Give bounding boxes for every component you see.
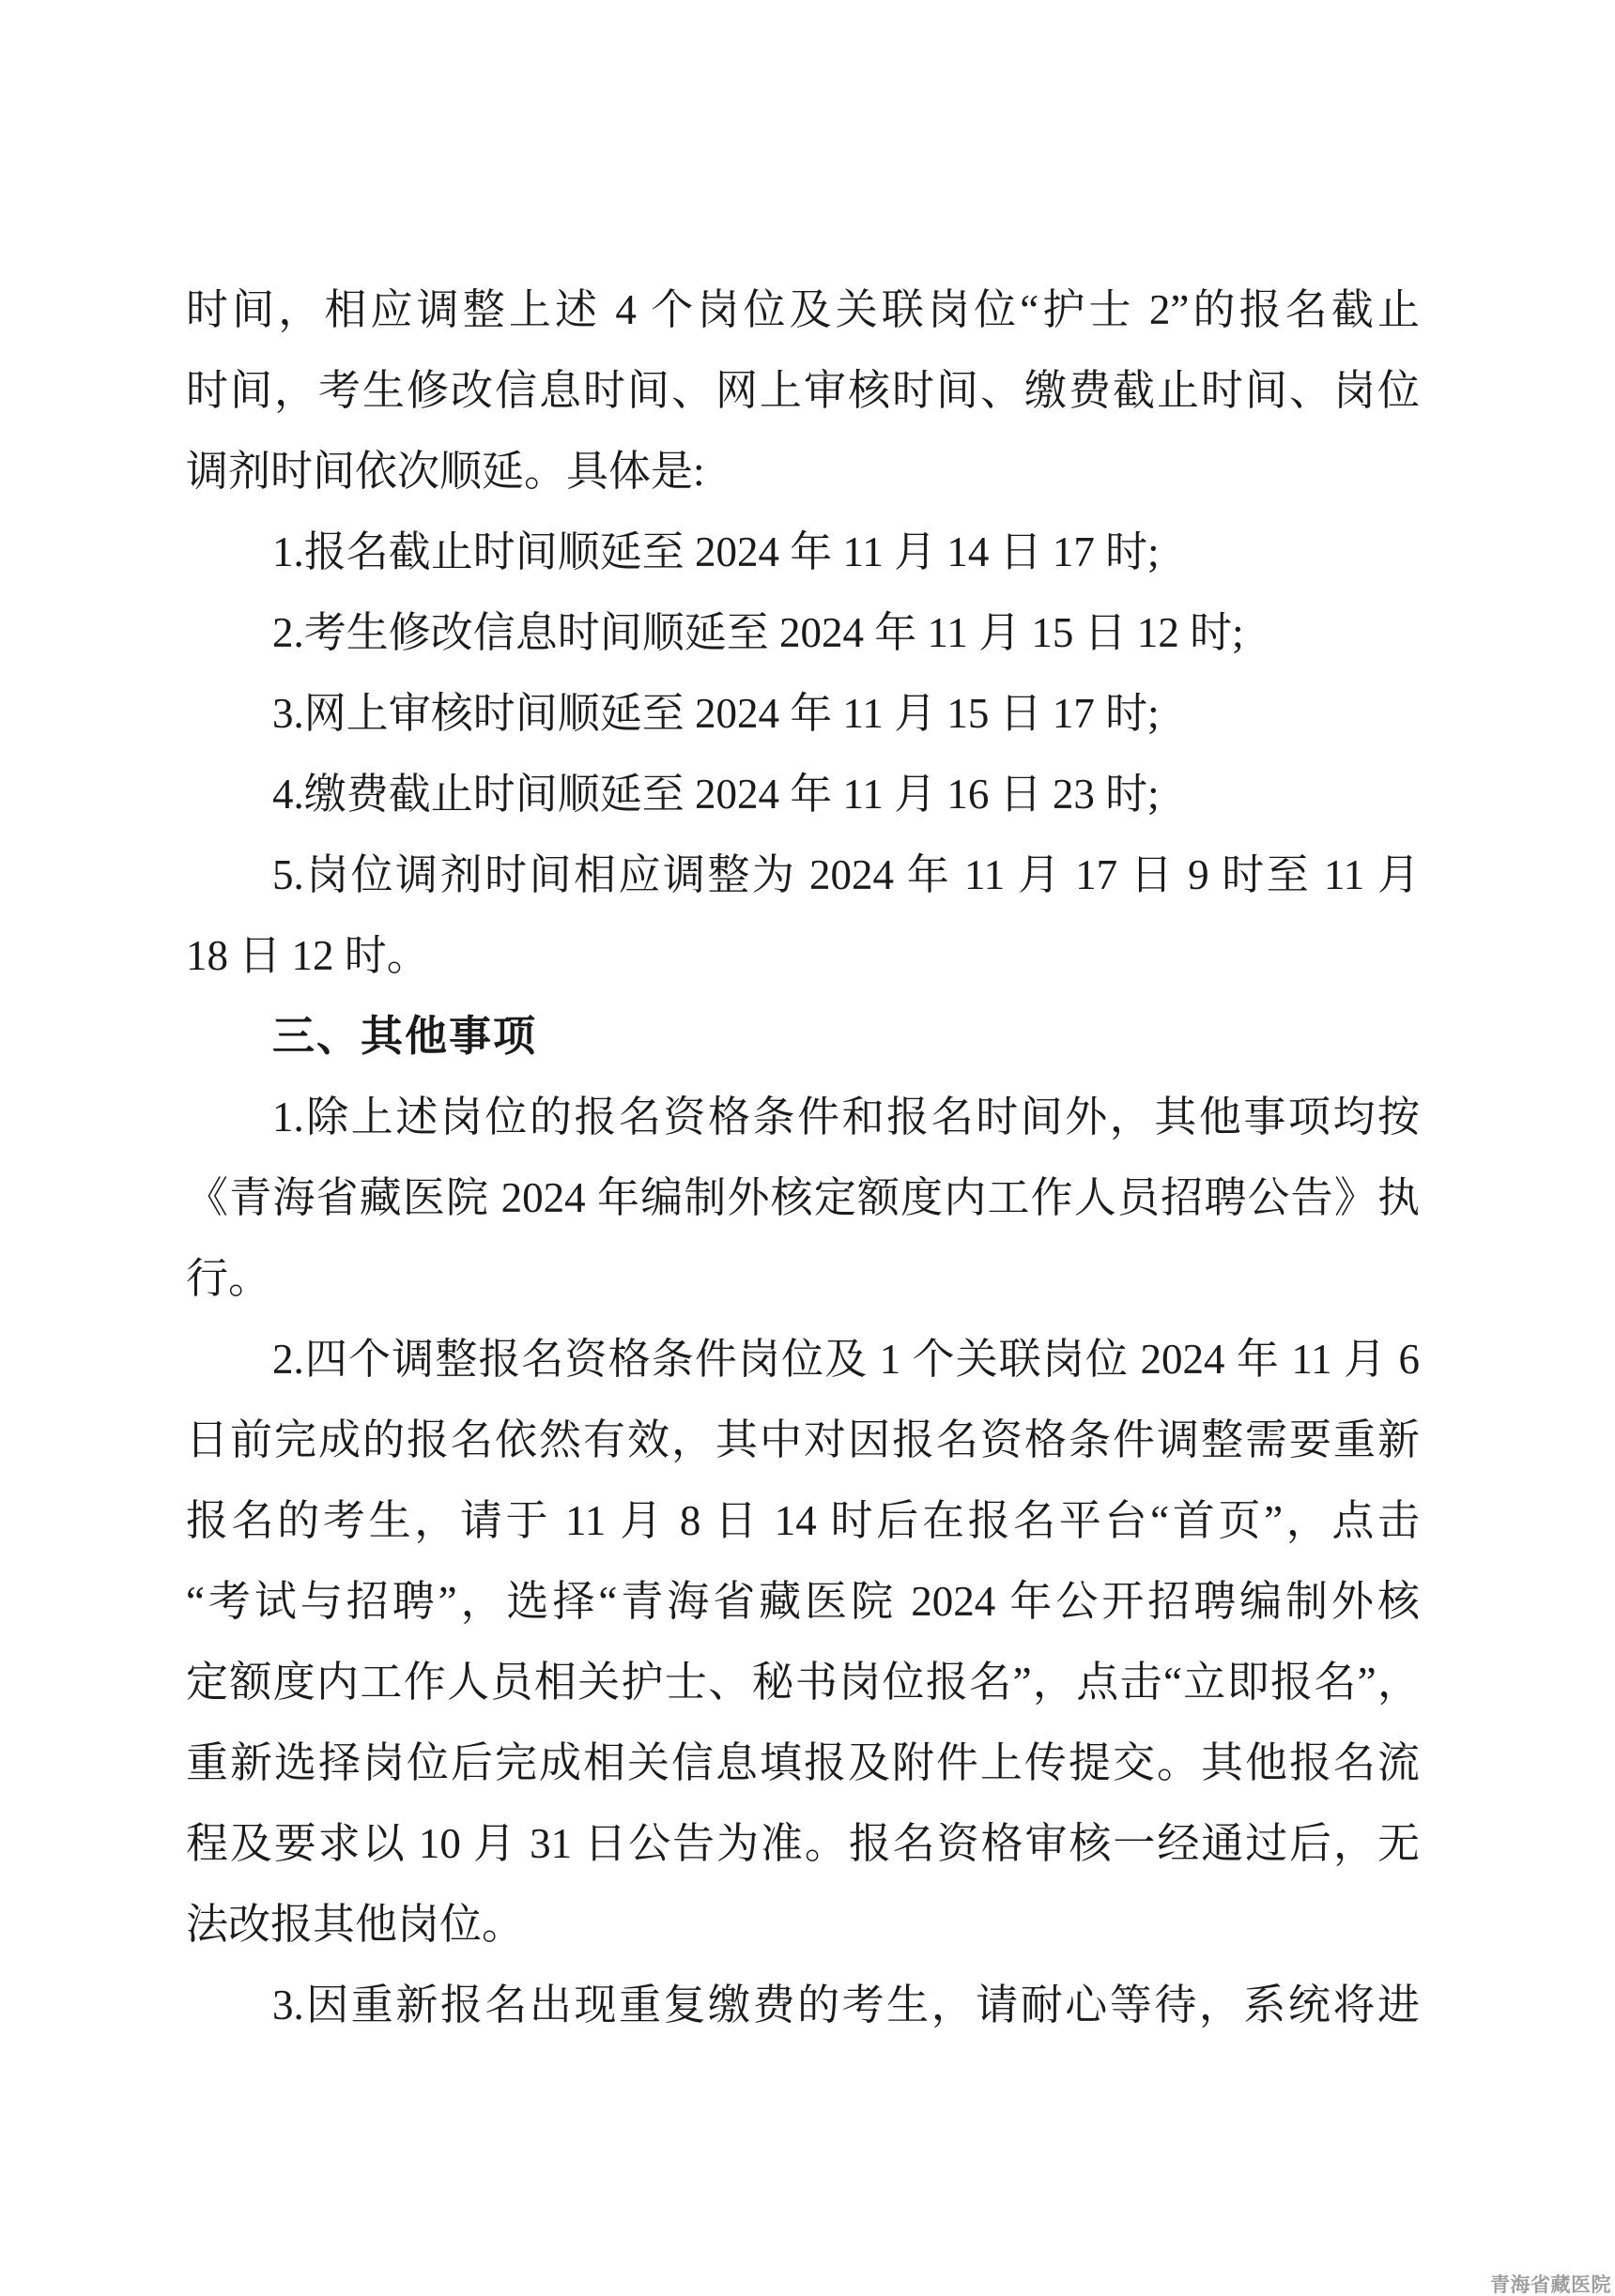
text-line: 1.除上述岗位的报名资格条件和报名时间外，其他事项均按 bbox=[186, 1077, 1420, 1157]
text-line: 程及要求以 10 月 31 日公告为准。报名资格审核一经通过后，无 bbox=[186, 1803, 1420, 1884]
hospital-watermark: 青海省藏医院 bbox=[1490, 2275, 1611, 2295]
text-line: 《青海省藏医院 2024 年编制外核定额度内工作人员招聘公告》执 bbox=[186, 1157, 1420, 1238]
text-line: 18 日 12 时。 bbox=[186, 915, 1420, 996]
text-line: “考试与招聘”，选择“青海省藏医院 2024 年公开招聘编制外核 bbox=[186, 1561, 1420, 1642]
text-line: 重新选择岗位后完成相关信息填报及附件上传提交。其他报名流 bbox=[186, 1722, 1420, 1803]
list-item-line: 5.岗位调剂时间相应调整为 2024 年 11 月 17 日 9 时至 11 月 bbox=[186, 834, 1420, 915]
text-line: 定额度内工作人员相关护士、秘书岗位报名”，点击“立即报名”， bbox=[186, 1642, 1420, 1722]
list-item-line: 1.报名截止时间顺延至 2024 年 11 月 14 日 17 时; bbox=[186, 512, 1420, 592]
text-line: 3.因重新报名出现重复缴费的考生，请耐心等待，系统将进 bbox=[186, 1965, 1420, 2045]
list-item-line: 2.考生修改信息时间顺延至 2024 年 11 月 15 日 12 时; bbox=[186, 592, 1420, 673]
text-line: 报名的考生，请于 11 月 8 日 14 时后在报名平台“首页”，点击 bbox=[186, 1480, 1420, 1561]
document-text-block: 时间，相应调整上述 4 个岗位及关联岗位“护士 2”的报名截止 时间，考生修改信… bbox=[186, 269, 1420, 2045]
list-item-line: 3.网上审核时间顺延至 2024 年 11 月 15 日 17 时; bbox=[186, 673, 1420, 754]
text-line: 调剂时间依次顺延。具体是: bbox=[186, 431, 1420, 512]
section-heading: 三、其他事项 bbox=[186, 996, 1420, 1077]
text-line: 法改报其他岗位。 bbox=[186, 1884, 1420, 1965]
document-page: 时间，相应调整上述 4 个岗位及关联岗位“护士 2”的报名截止 时间，考生修改信… bbox=[0, 0, 1615, 2296]
text-line: 行。 bbox=[186, 1238, 1420, 1319]
text-line: 2.四个调整报名资格条件岗位及 1 个关联岗位 2024 年 11 月 6 bbox=[186, 1319, 1420, 1400]
list-item-line: 4.缴费截止时间顺延至 2024 年 11 月 16 日 23 时; bbox=[186, 754, 1420, 834]
text-line: 时间，相应调整上述 4 个岗位及关联岗位“护士 2”的报名截止 bbox=[186, 269, 1420, 350]
text-line: 日前完成的报名依然有效，其中对因报名资格条件调整需要重新 bbox=[186, 1400, 1420, 1480]
text-line: 时间，考生修改信息时间、网上审核时间、缴费截止时间、岗位 bbox=[186, 350, 1420, 431]
